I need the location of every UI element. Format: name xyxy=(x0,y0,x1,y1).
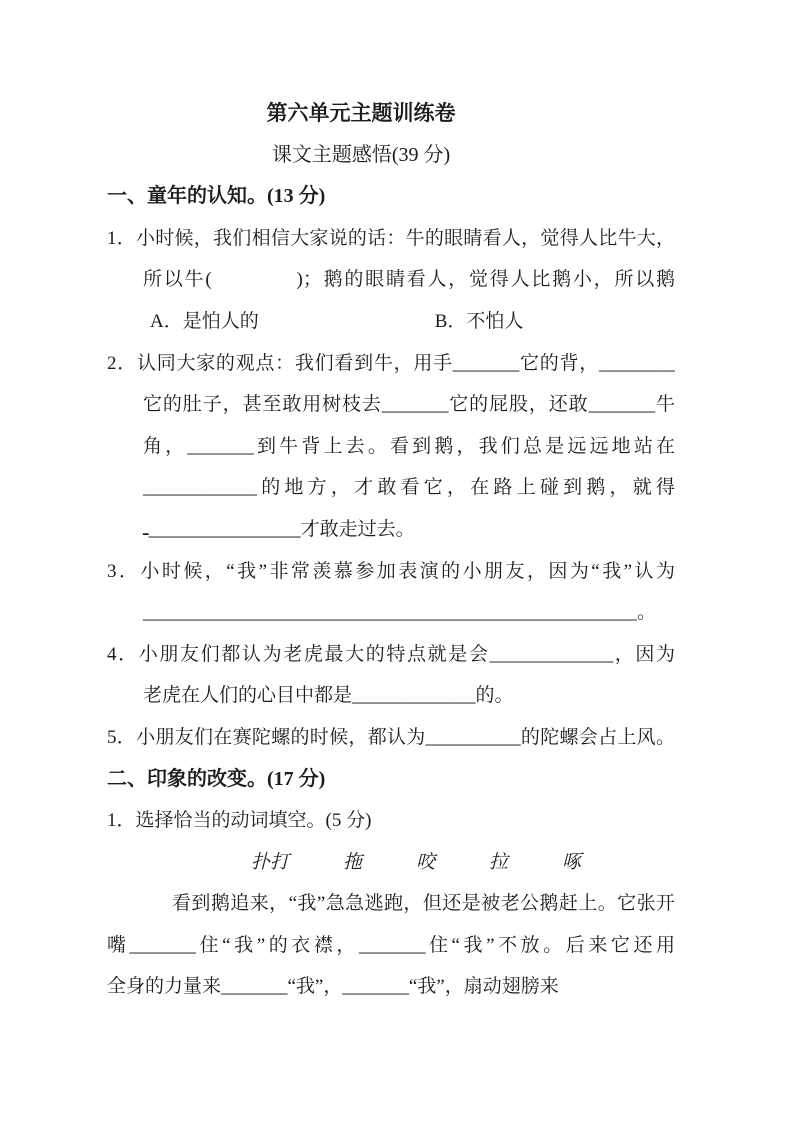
exam-paper-page: 第六单元主题训练卷 课文主题感悟(39 分) 一、童年的认知。(13 分) 1．… xyxy=(0,0,793,1122)
question-4-line-2: 老虎在人们的心目中都是_____________的。 xyxy=(107,675,675,717)
question-1-line-2: 所以牛( )；鹅的眼睛看人，觉得人比鹅小，所以鹅( )。 xyxy=(107,259,675,301)
word-bank-word-2: 拖 xyxy=(343,842,362,884)
passage-line-3: 全身的力量来_______“我”，_______“我”，扇动翅膀来 xyxy=(107,966,675,1008)
word-bank-word-4: 拉 xyxy=(489,842,508,884)
section-2-heading: 二、印象的改变。(17 分) xyxy=(107,759,675,801)
page-subtitle: 课文主题感悟(39 分) xyxy=(77,135,645,177)
section-2-item-1: 1．选择恰当的动词填空。(5 分) xyxy=(107,800,675,842)
question-1-options: A．是怕人的 B．不怕人 xyxy=(107,301,675,343)
question-3-blank-line: ________________________________________… xyxy=(107,592,675,634)
page-title: 第六单元主题训练卷 xyxy=(77,93,645,135)
question-1-line-1: 1．小时候，我们相信大家说的话：牛的眼睛看人，觉得人比牛大， xyxy=(107,218,675,260)
question-1-option-b: B．不怕人 xyxy=(435,311,524,332)
word-bank-word-3: 咬 xyxy=(416,842,435,884)
question-3-line-1: 3．小时候，“我”非常羡慕参加表演的小朋友，因为“我”认为 xyxy=(107,551,675,593)
word-bank-word-1: 扑打 xyxy=(251,842,289,884)
passage-line-1: 看到鹅追来，“我”急急逃跑，但还是被老公鹅赶上。它张开 xyxy=(107,883,675,925)
section-1-heading: 一、童年的认知。(13 分) xyxy=(107,176,675,218)
passage-line-2: 嘴_______住“我”的衣襟，_______住“我”不放。后来它还用 xyxy=(107,925,675,967)
word-bank: 扑打 拖 咬 拉 啄 xyxy=(132,842,700,884)
question-2-line-4: ____________的地方，才敢看它，在路上碰到鹅，就得 xyxy=(107,467,675,509)
question-2-line-2: 它的肚子，甚至敢用树枝去_______它的屁股，还敢_______牛 xyxy=(107,384,675,426)
question-4-line-1: 4．小朋友们都认为老虎最大的特点就是会_____________，因为 xyxy=(107,634,675,676)
word-bank-word-5: 啄 xyxy=(562,842,581,884)
question-2-line-5: ـ________________才敢走过去。 xyxy=(107,509,675,551)
question-1-option-a: A．是怕人的 xyxy=(150,301,430,343)
question-2-line-1: 2．认同大家的观点：我们看到牛，用手_______它的背，________ xyxy=(107,343,675,385)
question-2-line-3: 角，_______到牛背上去。看到鹅，我们总是远远地站在 xyxy=(107,426,675,468)
question-5-line-1: 5．小朋友们在赛陀螺的时候，都认为__________的陀螺会占上风。 xyxy=(107,717,675,759)
